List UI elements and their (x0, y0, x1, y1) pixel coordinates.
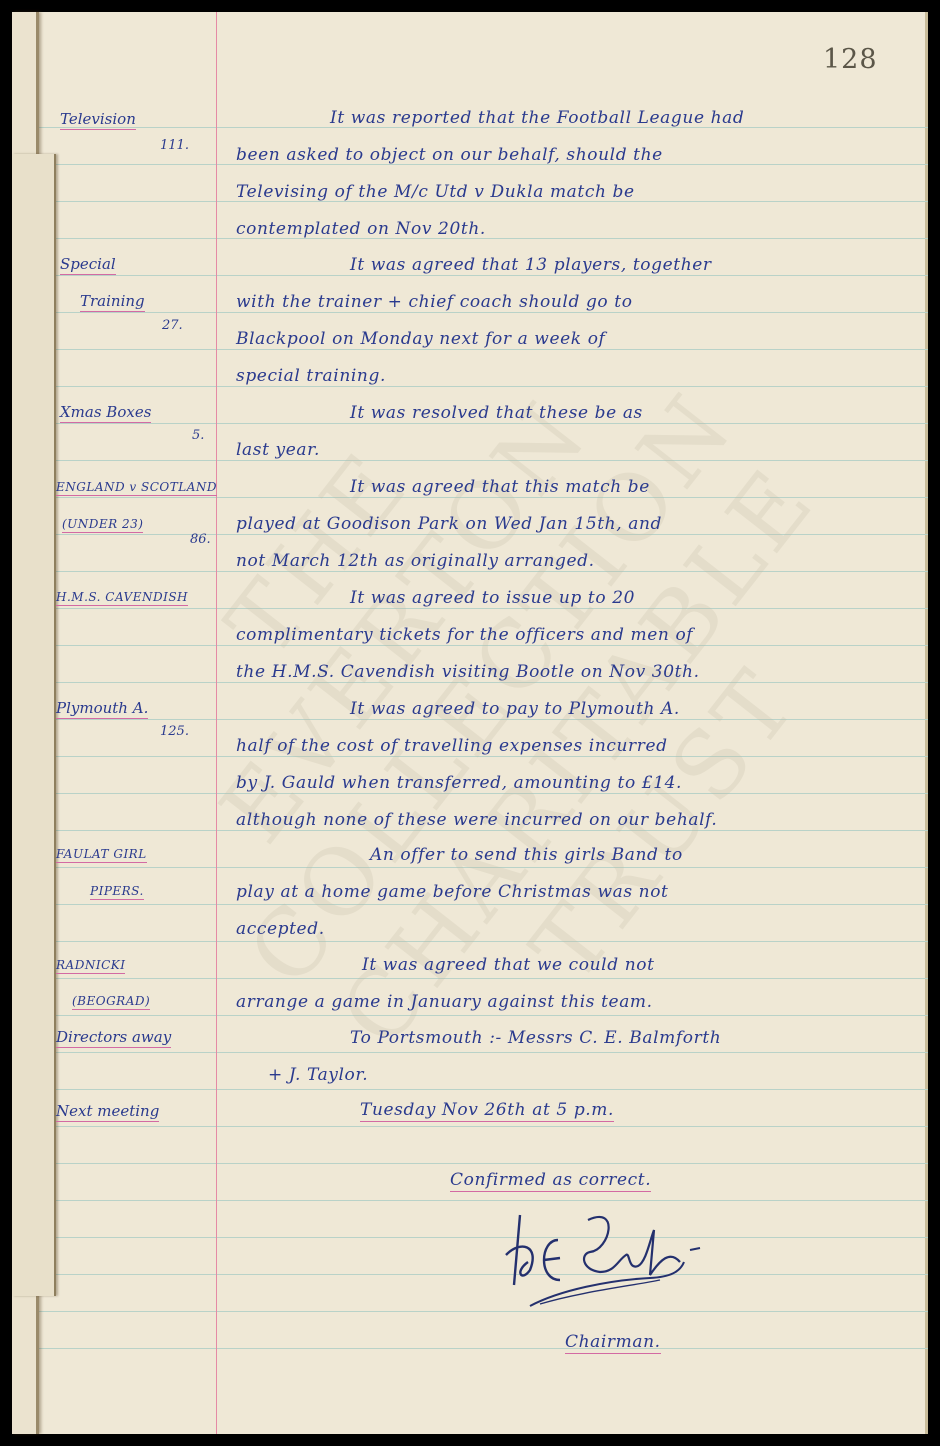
entry-line: play at a home game before Christmas was… (236, 882, 669, 902)
entry-heading-line2: PIPERS. (90, 884, 144, 900)
entry-heading: Xmas Boxes (60, 403, 151, 423)
entry-line: An offer to send this girls Band to (370, 845, 683, 865)
confirmed-text: Confirmed as correct. (450, 1170, 651, 1192)
entry-line: played at Goodison Park on Wed Jan 15th,… (236, 514, 662, 534)
minute-ref: 125. (160, 724, 189, 739)
minute-ref: 27. (162, 318, 183, 333)
entry-line: Tuesday Nov 26th at 5 p.m. (360, 1100, 614, 1122)
entry-line: It was agreed that 13 players, together (350, 255, 712, 275)
entry-line: It was agreed to pay to Plymouth A. (350, 699, 680, 719)
minute-ref: 111. (160, 138, 189, 153)
entry-line: + J. Taylor. (268, 1065, 368, 1085)
page-number: 128 (823, 44, 878, 75)
minute-ref: 5. (192, 428, 204, 443)
entry-heading: Plymouth A. (56, 699, 148, 719)
entry-line: It was agreed to issue up to 20 (350, 588, 635, 608)
entry-line: complimentary tickets for the officers a… (236, 625, 693, 645)
entry-heading-line2: (UNDER 23) (62, 517, 143, 533)
entry-line: the H.M.S. Cavendish visiting Bootle on … (236, 662, 700, 682)
entry-line: Blackpool on Monday next for a week of (236, 329, 605, 349)
entry-line: with the trainer + chief coach should go… (236, 292, 633, 312)
chairman-title: Chairman. (565, 1332, 661, 1354)
entry-line: by J. Gauld when transferred, amounting … (236, 773, 682, 793)
entry-heading: Television (60, 110, 136, 130)
entry-line: half of the cost of travelling expenses … (236, 736, 668, 756)
entry-heading: FAULAT GIRL (56, 847, 147, 863)
entry-line: It was reported that the Football League… (330, 108, 744, 128)
entry-heading: Next meeting (56, 1102, 159, 1122)
entry-line: been asked to object on our behalf, shou… (236, 145, 663, 165)
entry-line: contemplated on Nov 20th. (236, 219, 486, 239)
entry-line: It was resolved that these be as (350, 403, 643, 423)
margin-line (216, 12, 217, 1434)
entry-heading: ENGLAND v SCOTLAND (56, 480, 217, 496)
entry-heading: Special (60, 255, 116, 275)
entry-line: not March 12th as originally arranged. (236, 551, 595, 571)
index-tab-strip (12, 154, 56, 1296)
entry-line: It was agreed that we could not (362, 955, 655, 975)
chairman-signature (500, 1200, 720, 1314)
signature-icon (500, 1200, 720, 1310)
entry-heading: H.M.S. CAVENDISH (56, 590, 188, 606)
entry-heading: RADNICKI (56, 958, 125, 974)
entry-line: although none of these were incurred on … (236, 810, 717, 830)
entry-line: arrange a game in January against this t… (236, 992, 653, 1012)
minute-ref: 86. (190, 532, 211, 547)
entry-line: last year. (236, 440, 320, 460)
entry-heading-line2: Training (80, 292, 145, 312)
entry-heading-line2: (BEOGRAD) (72, 994, 150, 1010)
entry-line: special training. (236, 366, 386, 386)
entry-line: accepted. (236, 919, 325, 939)
entry-line: It was agreed that this match be (350, 477, 650, 497)
entry-line: Televising of the M/c Utd v Dukla match … (236, 182, 635, 202)
page-right-edge (925, 12, 928, 1434)
entry-heading: Directors away (56, 1028, 171, 1048)
entry-line: To Portsmouth :- Messrs C. E. Balmforth (350, 1028, 721, 1048)
